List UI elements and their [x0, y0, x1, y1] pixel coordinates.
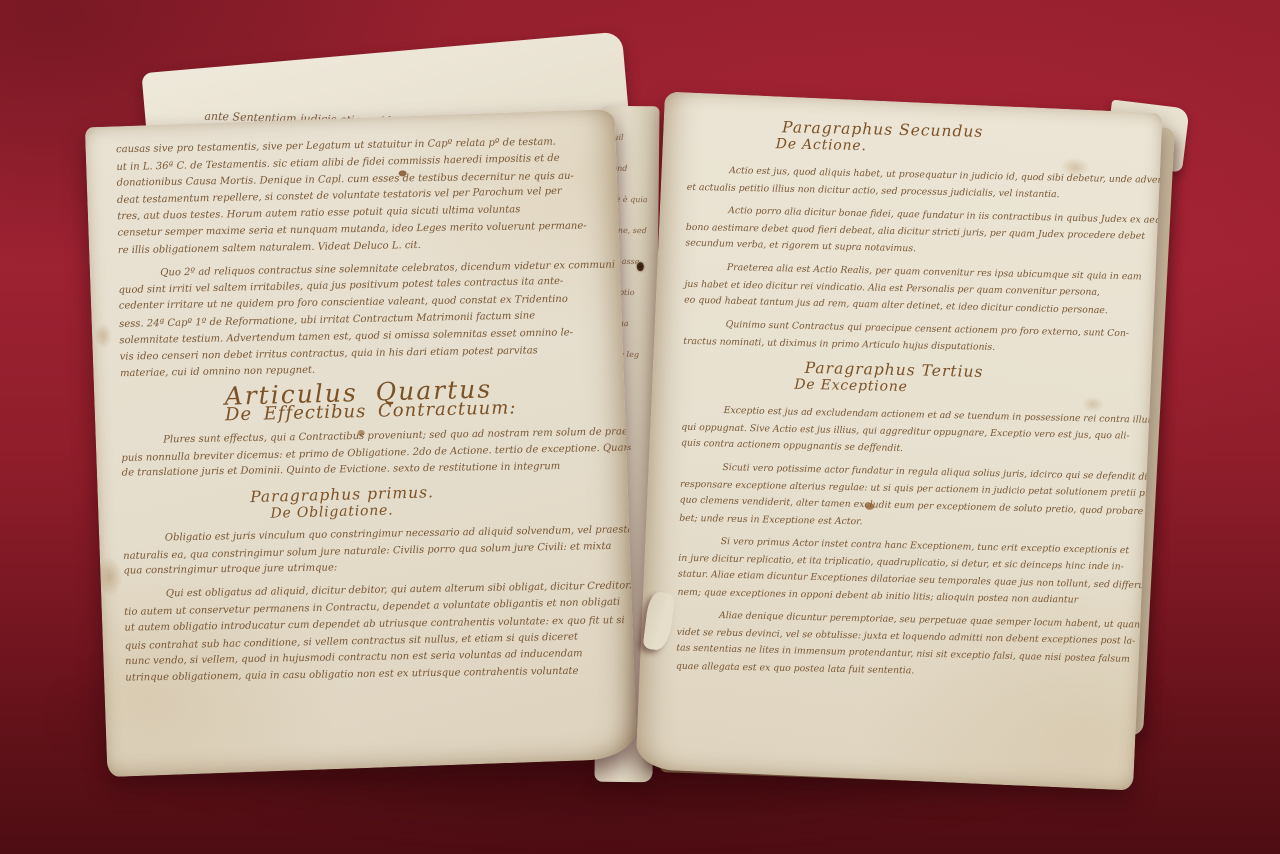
paragraph: Quo 2º ad reliquos contractus sine solem…	[118, 257, 610, 383]
right-page-text: Paragraphus Secundus De Actione. Actio e…	[646, 96, 1157, 684]
paragraph: Aliae denique dicuntur peremptoriae, seu…	[676, 606, 1133, 684]
paragraph: Sicuti vero potissime actor fundatur in …	[679, 458, 1136, 536]
paragraph: Quinimo sunt Contractus qui praecipue ce…	[683, 315, 1140, 359]
manuscript-photo: ante Sententiam judicis etiam si litigan…	[0, 0, 1280, 854]
wormhole	[637, 262, 644, 271]
paragraph: Obligatio est juris vinculum quo constri…	[123, 522, 614, 581]
left-manuscript-page: causas sive pro testamentis, sive per Le…	[85, 109, 637, 777]
left-page-text: causas sive pro testamentis, sive per Le…	[90, 113, 630, 688]
paragraph: Si vero primus Actor instet contra hanc …	[677, 532, 1134, 610]
paragraph: Praeterea alia est Actio Realis, per qua…	[684, 258, 1141, 319]
paragraph: Exceptio est jus ad excludendam actionem…	[681, 401, 1138, 462]
paragraph: Actio porro alia dicitur bonae fidei, qu…	[685, 201, 1142, 262]
paragraph: Qui est obligatus ad aliquid, dicitur de…	[124, 579, 616, 688]
paragraph: causas sive pro testamentis, sive per Le…	[116, 134, 608, 260]
right-manuscript-page: Paragraphus Secundus De Actione. Actio e…	[635, 91, 1162, 790]
paragraph: Plures sunt effectus, qui a Contractibus…	[121, 424, 612, 483]
